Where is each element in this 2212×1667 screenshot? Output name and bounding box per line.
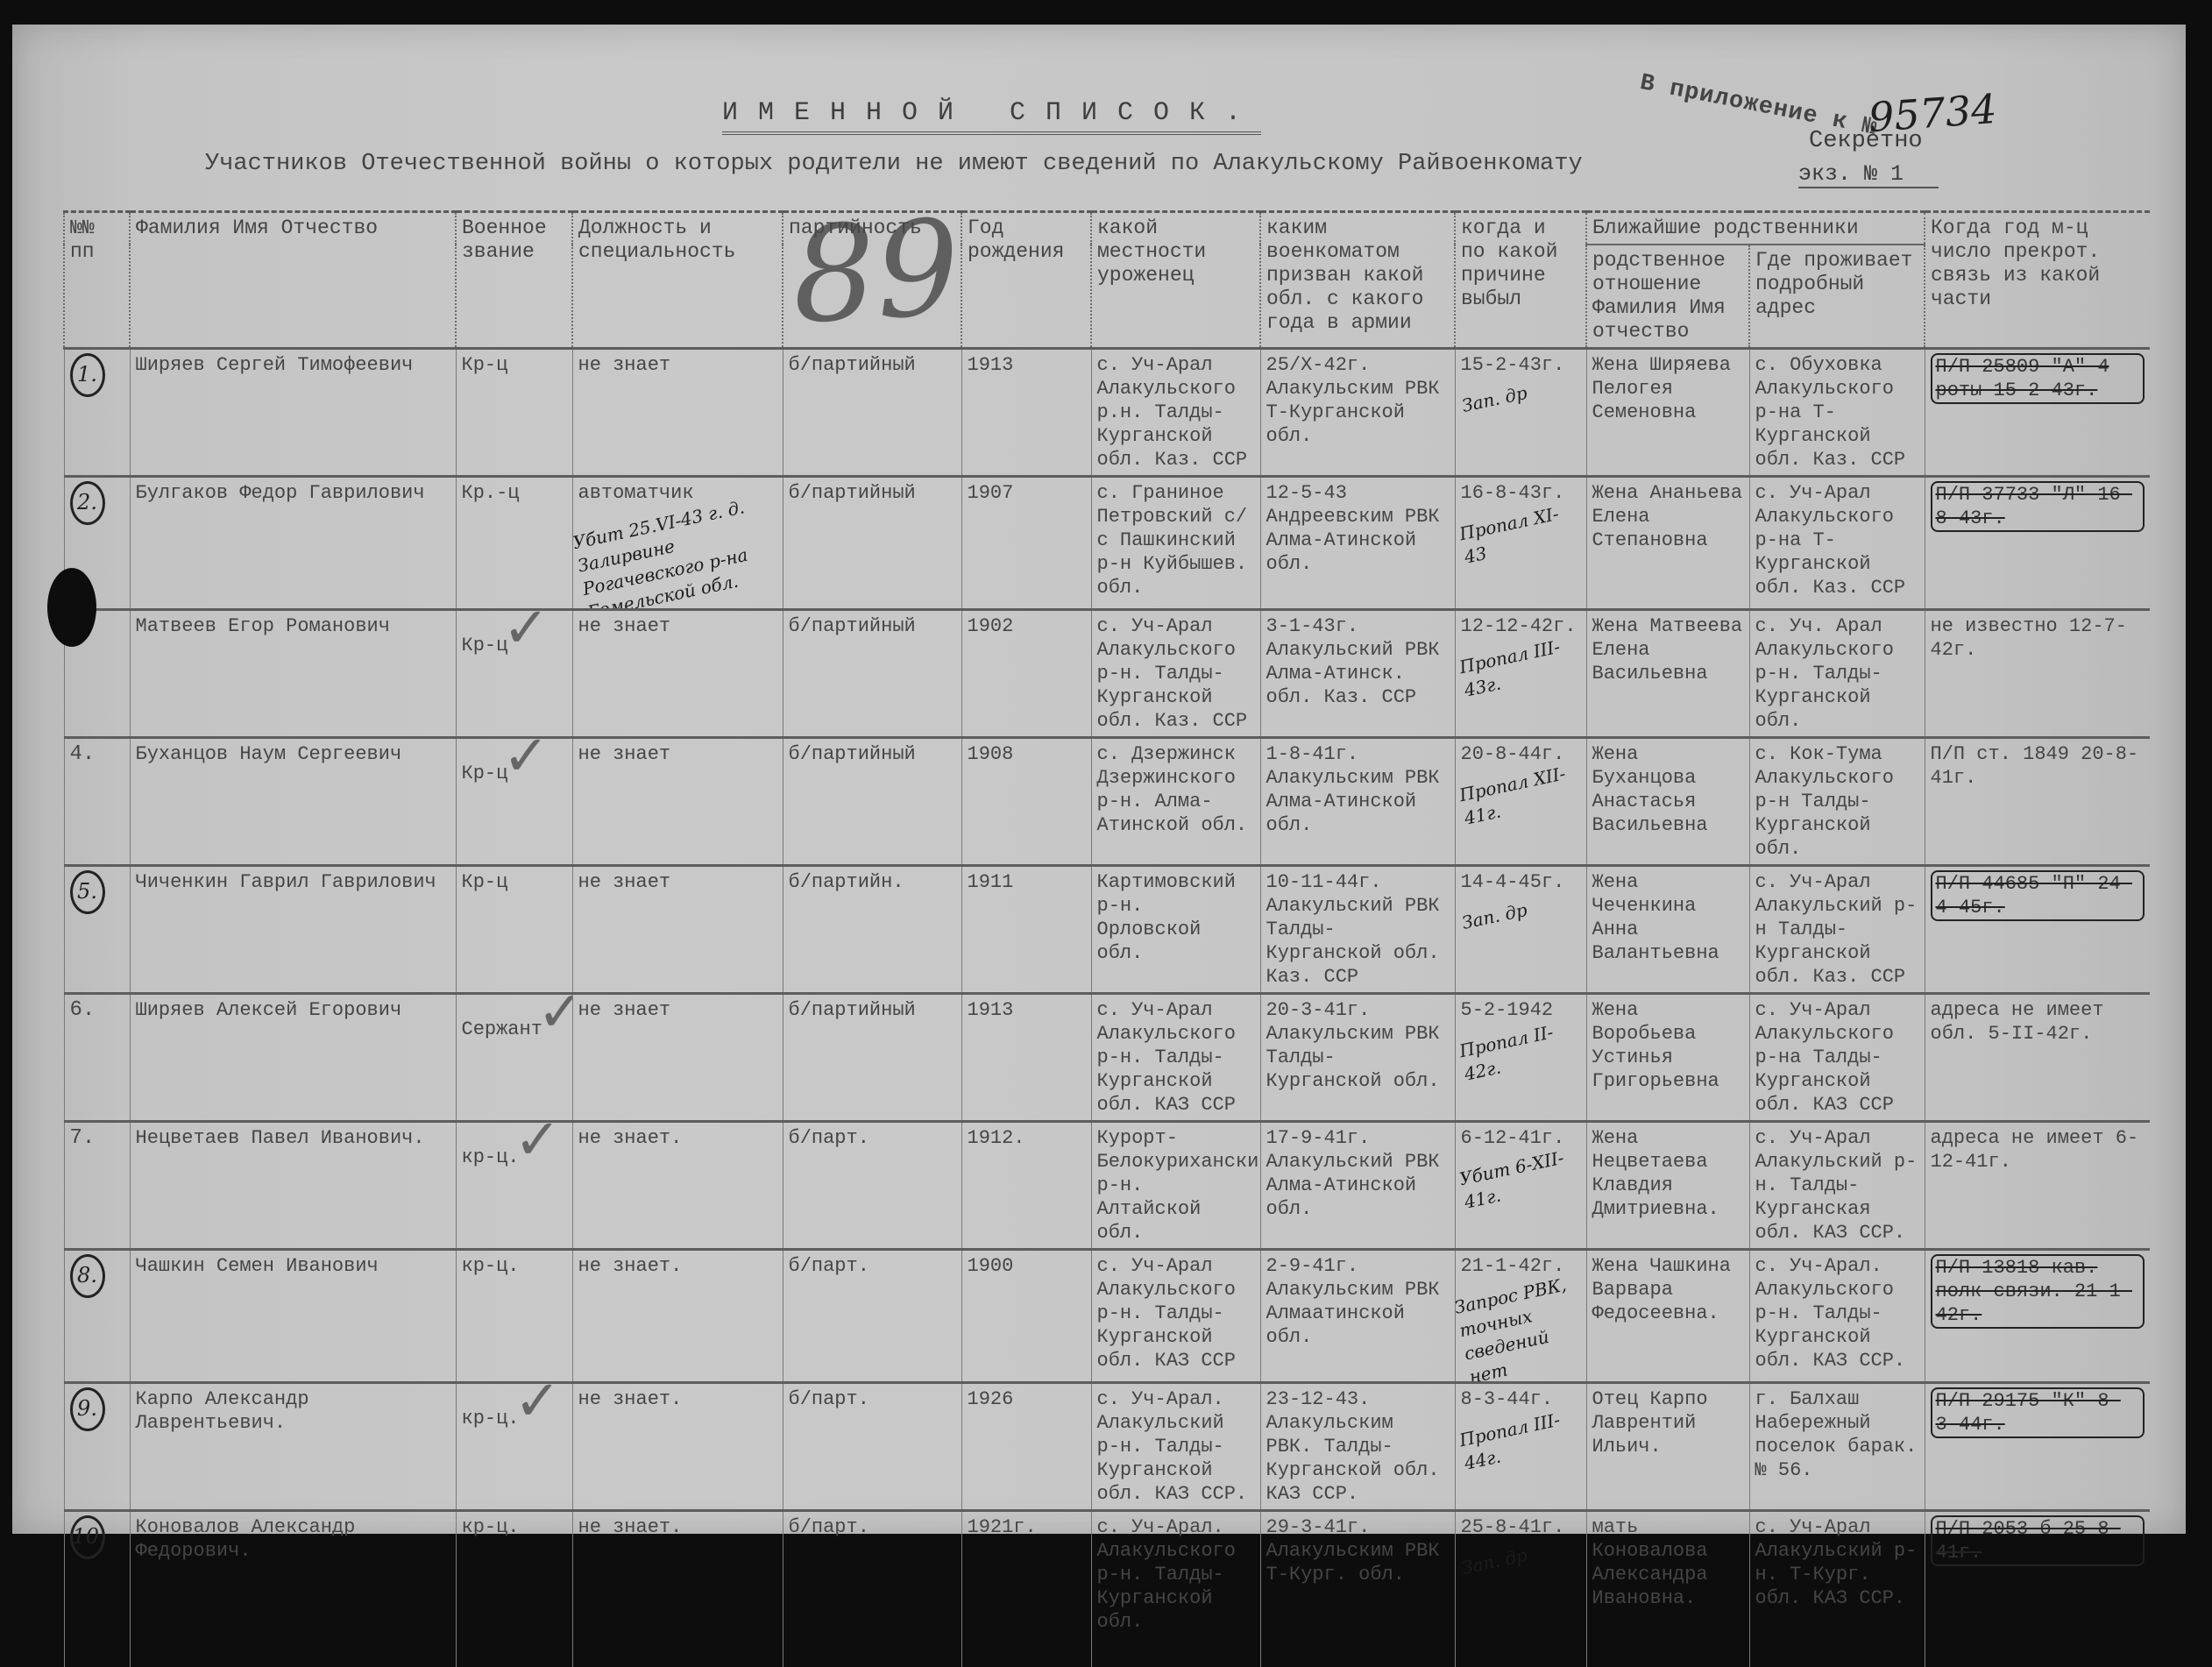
col-relative: родственное отношение Фамилия Имя отчест… (1586, 245, 1749, 349)
birthplace: с. Дзержинск Дзержинского р-н. Алма-Атин… (1091, 738, 1260, 866)
draft-info-text: 10-11-44г. Алакульский РВК Талды-Курганс… (1266, 871, 1440, 988)
military-rank-text: Кр.-ц (462, 482, 520, 504)
row-number-text: 1. (70, 353, 105, 397)
col-name: Фамилия Имя Отчество (130, 212, 456, 349)
relative-address: с. Уч-Арал Алакульский р-н. Талды-Курган… (1749, 1122, 1925, 1250)
person-name: Коновалов Александр Федорович. (130, 1511, 456, 1550)
relative-address: с. Уч-Арал Алакульский р-н. Т-Кург. обл.… (1749, 1511, 1925, 1550)
party-status-text: б/партийный (789, 999, 916, 1021)
lost-contact: П/П 25809 "А" 4 роты 15-2-43г. (1925, 349, 2150, 477)
person-name-text: Нецветаев Павел Иванович. (136, 1127, 425, 1149)
birth-year-text: 1912. (968, 1127, 1025, 1149)
lost-contact-text: П/П ст. 1849 20-8-41г. (1931, 743, 2139, 789)
military-rank-text: кр-ц. (462, 1146, 520, 1168)
party-status: б/партийн. (783, 866, 961, 994)
military-rank-text: Сержант (462, 1018, 542, 1040)
birth-year: 1907 (961, 477, 1091, 610)
party-status-text: б/партийн. (789, 871, 904, 893)
party-status-text: б/парт. (789, 1255, 869, 1277)
copy-number: экз. № 1 (1798, 161, 1939, 188)
person-name-text: Ширяев Алексей Егорович (136, 999, 402, 1021)
left-date: 14-4-45г.Зап. др (1455, 866, 1586, 994)
draft-info: 10-11-44г. Алакульский РВК Талды-Курганс… (1260, 866, 1455, 994)
person-name-text: Матвеев Егор Романович (136, 615, 390, 637)
birth-year: 1908 (961, 738, 1091, 866)
military-rank-text: Кр-ц (462, 635, 508, 656)
lost-contact-text: П/П 44685 "П" 24-4-45г. (1931, 870, 2145, 921)
table-row: 9.Карпо Александр Лаврентьевич.кр-ц.✓не … (64, 1383, 2150, 1511)
relative-address: с. Уч-Арал. Алакульского р-н. Талды-Кург… (1749, 1250, 1925, 1383)
person-name-text: Коновалов Александр Федорович. (136, 1516, 356, 1550)
party-status: б/парт. (783, 1122, 961, 1250)
relative-text: Жена Матвеева Елена Васильевна (1592, 615, 1743, 685)
handwritten-note: Пропал XI-43 (1457, 498, 1584, 569)
party-status-text: б/парт. (789, 1127, 869, 1149)
lost-contact: П/П 2053 б 25-8-41г. (1925, 1511, 2150, 1550)
position: не знает. (572, 1383, 783, 1511)
relative-address-text: с. Уч-Арал. Алакульского р-н. Талды-Кург… (1755, 1255, 1906, 1372)
row-number-text: 10. (70, 1515, 105, 1550)
birth-year-text: 1908 (968, 743, 1014, 765)
military-rank-text: кр-ц. (462, 1516, 520, 1538)
left-date: 25-8-41г.Зап. др (1455, 1511, 1586, 1550)
birth-year: 1913 (961, 349, 1091, 477)
relative: Жена Ананьева Елена Степановна (1586, 477, 1749, 610)
relative-address: с. Уч-Арал Алакульский р-н Талды-Курганс… (1749, 866, 1925, 994)
table-row: 2.Булгаков Федор ГавриловичКр.-цавтоматч… (64, 477, 2150, 610)
birthplace-text: Курорт-Белокуриханский р-н. Алтайской об… (1097, 1127, 1261, 1244)
position: не знает (572, 349, 783, 477)
left-date-text: 25-8-41г. (1461, 1516, 1565, 1538)
draft-info-text: 20-3-41г. Алакульским РВК Талды-Курганск… (1266, 999, 1440, 1092)
relative: Жена Чеченкина Анна Валантьевна (1586, 866, 1749, 994)
lost-contact: П/П 13818 кав. полк связи. 21-1-42г. (1925, 1250, 2150, 1383)
relative-text: Жена Нецветаева Клавдия Дмитриевна. (1592, 1127, 1719, 1220)
draft-info-text: 1-8-41г. Алакульским РВК Алма-Атинской о… (1266, 743, 1440, 836)
position-text: автоматчик (578, 482, 694, 504)
lost-contact: не известно 12-7-42г. (1925, 610, 2150, 738)
table-row: 6.Ширяев Алексей ЕгоровичСержант✓не знае… (64, 994, 2150, 1122)
relative: Жена Чашкина Варвара Федосеевна. (1586, 1250, 1749, 1383)
person-name: Буханцов Наум Сергеевич (130, 738, 456, 866)
military-rank: Кр-ц (456, 866, 572, 994)
person-name-text: Ширяев Сергей Тимофеевич (136, 354, 414, 376)
military-rank-text: Кр-ц (462, 354, 508, 376)
relative-address-text: с. Уч-Арал Алакульский р-н Талды-Курганс… (1755, 871, 1918, 988)
relative: Жена Нецветаева Клавдия Дмитриевна. (1586, 1122, 1749, 1250)
birth-year: 1900 (961, 1250, 1091, 1383)
birthplace-text: с. Дзержинск Дзержинского р-н. Алма-Атин… (1097, 743, 1248, 836)
col-rank: Военное звание (456, 212, 572, 349)
military-rank-text: Кр-ц (462, 763, 508, 784)
position-text: не знает (578, 871, 671, 893)
left-date: 20-8-44г.Пропал XII-41г. (1455, 738, 1586, 866)
person-name-text: Чашкин Семен Иванович (136, 1255, 379, 1277)
party-status: б/партийный (783, 738, 961, 866)
party-status-text: б/партийный (789, 482, 916, 504)
relative-address: с. Уч. Арал Алакульского р-н. Талды-Кург… (1749, 610, 1925, 738)
birth-year-text: 1913 (968, 354, 1014, 376)
handwritten-note: Убит 25.VI-43 г. д. Залирвине Рогачевско… (572, 491, 783, 610)
relative-address-text: с. Уч-Арал Алакульский р-н. Талды-Курган… (1755, 1127, 1918, 1244)
birthplace-text: с. Уч-Арал Алакульского р-н. Талды-Курга… (1097, 1255, 1236, 1372)
draft-info: 23-12-43. Алакульским РВК. Талды-Курганс… (1260, 1383, 1455, 1511)
left-date: 12-12-42г.Пропал III-43г. (1455, 610, 1586, 738)
table-row: 7.Нецветаев Павел Иванович.кр-ц.✓не знае… (64, 1122, 2150, 1250)
row-number: 5. (64, 866, 130, 994)
party-status: б/партийный (783, 994, 961, 1122)
paper-tear (47, 568, 96, 647)
left-date-text: 15-2-43г. (1461, 354, 1565, 376)
position: не знает. (572, 1122, 783, 1250)
handwritten-note: Пропал III-44г. (1457, 1404, 1584, 1475)
birth-year: 1913 (961, 994, 1091, 1122)
birthplace-text: с. Граниное Петровский с/с Пашкинский р-… (1097, 482, 1248, 599)
military-rank-text: Кр-ц (462, 871, 508, 893)
relative: Жена Буханцова Анастасья Васильевна (1586, 738, 1749, 866)
position: не знает (572, 866, 783, 994)
checkmark-icon: ✓ (502, 738, 549, 790)
checkmark-icon: ✓ (537, 994, 572, 1046)
person-name: Ширяев Алексей Егорович (130, 994, 456, 1122)
checkmark-icon: ✓ (502, 610, 549, 662)
relative-address: с. Уч-Арал Алакульского р-на Талды-Курга… (1749, 994, 1925, 1122)
lost-contact-text: П/П 13818 кав. полк связи. 21-1-42г. (1931, 1254, 2145, 1329)
position: автоматчикУбит 25.VI-43 г. д. Залирвине … (572, 477, 783, 610)
relative-address: с. Обуховка Алакульского р-на Т-Курганск… (1749, 349, 1925, 477)
lost-contact: П/П ст. 1849 20-8-41г. (1925, 738, 2150, 866)
col-birthplace: какой местности уроженец (1091, 212, 1260, 349)
military-rank-text: кр-ц. (462, 1408, 520, 1429)
birthplace: с. Уч-Арал Алакульского р.н. Талды-Курга… (1091, 349, 1260, 477)
draft-info: 25/X-42г. Алакульским РВК Т-Курганской о… (1260, 349, 1455, 477)
left-date-text: 16-8-43г. (1461, 482, 1565, 504)
row-number: 9. (64, 1383, 130, 1511)
position-text: не знает (578, 615, 671, 637)
handwritten-note: Запрос РВК, точных сведений нет (1455, 1272, 1586, 1383)
person-name: Булгаков Федор Гаврилович (130, 477, 456, 610)
relative: Отец Карпо Лаврентий Ильич. (1586, 1383, 1749, 1511)
relative: Жена Ширяева Пелогея Семеновна (1586, 349, 1749, 477)
birthplace: с. Уч-Арал Алакульского р-н. Талды-Курга… (1091, 1250, 1260, 1383)
birthplace-text: с. Уч-Арал Алакульского р.н. Талды-Курга… (1097, 354, 1248, 471)
position: не знает (572, 994, 783, 1122)
table-row: 1.Ширяев Сергей ТимофеевичКр-цне знаетб/… (64, 349, 2150, 477)
draft-info: 29-3-41г. Алакульским РВК Т-Кург. обл. (1260, 1511, 1455, 1550)
row-number-text: 7. (70, 1126, 96, 1150)
handwritten-number: 95734 (1867, 85, 1998, 141)
relative-address-text: с. Уч-Арал Алакульский р-н. Т-Кург. обл.… (1755, 1516, 1918, 1550)
relative-address-text: с. Обуховка Алакульского р-на Т-Курганск… (1755, 354, 1906, 471)
position-text: не знает. (578, 1127, 683, 1149)
draft-info-text: 29-3-41г. Алакульским РВК Т-Кург. обл. (1266, 1516, 1440, 1550)
party-status-text: б/партийный (789, 354, 916, 376)
party-status-text: б/партийный (789, 615, 916, 637)
relative-address-text: с. Уч-Арал Алакульского р-на Талды-Курга… (1755, 999, 1894, 1116)
party-status: б/парт. (783, 1383, 961, 1511)
document-sheet: ИМЕННОЙ СПИСОК. Участников Отечественной… (12, 25, 2186, 1534)
birth-year-text: 1911 (968, 871, 1014, 893)
position-text: не знает (578, 999, 671, 1021)
relative-text: Отец Карпо Лаврентий Ильич. (1592, 1388, 1708, 1458)
person-name-text: Чиченкин Гаврил Гаврилович (136, 871, 436, 893)
relative-text: Жена Воробьева Устинья Григорьевна (1592, 999, 1719, 1092)
birth-year-text: 1926 (968, 1388, 1014, 1410)
relative-address: с. Уч-Арал Алакульского р-на Т-Курганско… (1749, 477, 1925, 610)
position-text: не знает (578, 743, 671, 765)
row-number-text: 6. (70, 998, 96, 1022)
draft-info-text: 3-1-43г. Алакульский РВК Алма-Атинск. об… (1266, 615, 1440, 708)
draft-info: 12-5-43 Андреевским РВК Алма-Атинской об… (1260, 477, 1455, 610)
birthplace: Курорт-Белокуриханский р-н. Алтайской об… (1091, 1122, 1260, 1250)
birthplace: с. Уч-Арал. Алакульского р-н. Талды-Кург… (1091, 1511, 1260, 1550)
party-status: б/партийный (783, 610, 961, 738)
birth-year: 1912. (961, 1122, 1091, 1250)
birth-year: 1921г. (961, 1511, 1091, 1550)
person-name: Нецветаев Павел Иванович. (130, 1122, 456, 1250)
person-name-text: Буханцов Наум Сергеевич (136, 743, 402, 765)
left-date-text: 21-1-42г. (1461, 1255, 1565, 1277)
table-row: 4.Буханцов Наум СергеевичКр-ц✓не знаетб/… (64, 738, 2150, 866)
birthplace-text: с. Уч-Арал. Алакульского р-н. Талды-Кург… (1097, 1516, 1236, 1550)
position-text: не знает (578, 354, 671, 376)
military-rank: кр-ц. (456, 1511, 572, 1550)
row-number-text: 5. (70, 870, 105, 914)
birth-year: 1911 (961, 866, 1091, 994)
col-party: партийность (783, 212, 961, 349)
military-rank: Сержант✓ (456, 994, 572, 1122)
checkmark-icon: ✓ (514, 1383, 562, 1435)
table-row: 8.Чашкин Семен Ивановичкр-ц.не знает.б/п… (64, 1250, 2150, 1383)
relative-text: Жена Буханцова Анастасья Васильевна (1592, 743, 1708, 836)
position-text: не знает. (578, 1516, 683, 1538)
birth-year: 1926 (961, 1383, 1091, 1511)
position: не знает (572, 738, 783, 866)
left-date: 16-8-43г.Пропал XI-43 (1455, 477, 1586, 610)
lost-contact: адреса не имеет обл. 5-II-42г. (1925, 994, 2150, 1122)
handwritten-note: Зап. др (1459, 887, 1582, 935)
birthplace-text: с. Уч-Арал Алакульского р-н. Талды-Курга… (1097, 615, 1248, 732)
row-number-text: 4. (70, 742, 96, 766)
row-number: 8. (64, 1250, 130, 1383)
col-position: Должность и специальность (572, 212, 783, 349)
lost-contact-text: адреса не имеет обл. 5-II-42г. (1931, 999, 2104, 1045)
draft-info: 2-9-41г. Алакульским РВК Алмаатинской об… (1260, 1250, 1455, 1383)
col-left: когда и по какой причине выбыл (1455, 212, 1586, 349)
party-status-text: б/парт. (789, 1516, 869, 1538)
party-status-text: б/парт. (789, 1388, 869, 1410)
col-address: Где проживает подробный адрес (1749, 245, 1925, 349)
row-number-text: 9. (70, 1387, 105, 1431)
relative-address-text: с. Уч-Арал Алакульского р-на Т-Курганско… (1755, 482, 1906, 599)
birthplace-text: Картимовский р-н. Орловской обл. (1097, 871, 1236, 964)
person-name: Чашкин Семен Иванович (130, 1250, 456, 1383)
military-rank: кр-ц.✓ (456, 1383, 572, 1511)
birth-year: 1902 (961, 610, 1091, 738)
left-date-text: 5-2-1942 (1461, 999, 1554, 1021)
left-date-text: 14-4-45г. (1461, 871, 1565, 893)
row-number-text: 2. (70, 481, 105, 525)
draft-info: 20-3-41г. Алакульским РВК Талды-Курганск… (1260, 994, 1455, 1122)
position: не знает. (572, 1250, 783, 1383)
col-lost-contact: Когда год м-ц число прекрот. связь из ка… (1925, 212, 2150, 349)
position: не знает. (572, 1511, 783, 1550)
birth-year-text: 1921г. (968, 1516, 1037, 1538)
lost-contact: П/П 29175 "К" 8-3-44г. (1925, 1383, 2150, 1511)
birthplace: с. Граниное Петровский с/с Пашкинский р-… (1091, 477, 1260, 610)
party-status: б/партийный (783, 349, 961, 477)
lost-contact-text: адреса не имеет 6-12-41г. (1931, 1127, 2139, 1173)
military-rank-text: кр-ц. (462, 1255, 520, 1277)
row-number: 10. (64, 1511, 130, 1550)
draft-info-text: 17-9-41г. Алакульский РВК Алма-Атинской … (1266, 1127, 1440, 1220)
relative-address-text: с. Уч. Арал Алакульского р-н. Талды-Кург… (1755, 615, 1894, 732)
birth-year-text: 1900 (968, 1255, 1014, 1277)
birth-year-text: 1907 (968, 482, 1014, 504)
row-number: 1. (64, 349, 130, 477)
relative-text: Жена Ананьева Елена Степановна (1592, 482, 1743, 551)
handwritten-note: Пропал III-43г. (1457, 631, 1584, 702)
relative-address: г. Балхаш Набережный поселок барак. № 56… (1749, 1383, 1925, 1511)
draft-info: 1-8-41г. Алакульским РВК Алма-Атинской о… (1260, 738, 1455, 866)
relative-text: Жена Ширяева Пелогея Семеновна (1592, 354, 1731, 423)
lost-contact-text: П/П 2053 б 25-8-41г. (1931, 1515, 2145, 1550)
relative-text: Жена Чашкина Варвара Федосеевна. (1592, 1255, 1731, 1324)
row-number: 4. (64, 738, 130, 866)
relative: мать Коновалова Александра Ивановна. (1586, 1511, 1749, 1550)
draft-info-text: 2-9-41г. Алакульским РВК Алмаатинской об… (1266, 1255, 1440, 1348)
relative: Жена Матвеева Елена Васильевна (1586, 610, 1749, 738)
birthplace-text: с. Уч-Арал Алакульского р-н. Талды-Курга… (1097, 999, 1236, 1116)
lost-contact-text: П/П 25809 "А" 4 роты 15-2-43г. (1931, 353, 2145, 404)
military-rank: кр-ц.✓ (456, 1122, 572, 1250)
handwritten-note: Пропал II-42г. (1457, 1015, 1584, 1086)
draft-info-text: 12-5-43 Андреевским РВК Алма-Атинской об… (1266, 482, 1440, 575)
row-number: 7. (64, 1122, 130, 1250)
left-date: 6-12-41г.Убит 6-XII-41г. (1455, 1122, 1586, 1250)
person-name: Матвеев Егор Романович (130, 610, 456, 738)
lost-contact-text: П/П 37733 "Л" 16-8-43г. (1931, 481, 2145, 532)
table-body: 1.Ширяев Сергей ТимофеевичКр-цне знаетб/… (64, 349, 2150, 1550)
col-no: №№ пп (64, 212, 130, 349)
table-row: 3.Матвеев Егор РомановичКр-ц✓не знаетб/п… (64, 610, 2150, 738)
draft-info: 3-1-43г. Алакульский РВК Алма-Атинск. об… (1260, 610, 1455, 738)
relative-address: с. Кок-Тума Алакульского р-н Талды-Курга… (1749, 738, 1925, 866)
left-date-text: 8-3-44г. (1461, 1388, 1554, 1410)
relative: Жена Воробьева Устинья Григорьевна (1586, 994, 1749, 1122)
military-rank: Кр-ц✓ (456, 610, 572, 738)
left-date: 21-1-42г.Запрос РВК, точных сведений нет (1455, 1250, 1586, 1383)
party-status: б/парт. (783, 1250, 961, 1383)
handwritten-note: Убит 6-XII-41г. (1457, 1143, 1584, 1214)
lost-contact: П/П 44685 "П" 24-4-45г. (1925, 866, 2150, 994)
draft-info-text: 25/X-42г. Алакульским РВК Т-Курганской о… (1266, 354, 1440, 447)
col-drafted: каким военкоматом призван какой обл. с к… (1260, 212, 1455, 349)
birthplace: с. Уч-Арал Алакульского р-н. Талды-Курга… (1091, 610, 1260, 738)
birth-year-text: 1913 (968, 999, 1014, 1021)
relative-text: Жена Чеченкина Анна Валантьевна (1592, 871, 1719, 964)
handwritten-note: Пропал XII-41г. (1457, 759, 1584, 830)
birth-year-text: 1902 (968, 615, 1014, 637)
col-relatives-group: Ближайшие родственники (1586, 212, 1925, 245)
left-date-text: 6-12-41г. (1461, 1127, 1565, 1149)
col-birth-year: Год рождения (961, 212, 1091, 349)
military-rank: Кр.-ц (456, 477, 572, 610)
lost-contact: адреса не имеет 6-12-41г. (1925, 1122, 2150, 1250)
lost-contact: П/П 37733 "Л" 16-8-43г. (1925, 477, 2150, 610)
military-rank: Кр-ц✓ (456, 738, 572, 866)
table-row: 5.Чиченкин Гаврил ГавриловичКр-цне знает… (64, 866, 2150, 994)
relative-address-text: г. Балхаш Набережный поселок барак. № 56… (1755, 1388, 1918, 1481)
person-name: Ширяев Сергей Тимофеевич (130, 349, 456, 477)
person-name-text: Булгаков Федор Гаврилович (136, 482, 425, 504)
party-status: б/партийный (783, 477, 961, 610)
person-name: Карпо Александр Лаврентьевич. (130, 1383, 456, 1511)
row-number: 6. (64, 994, 130, 1122)
birthplace-text: с. Уч-Арал. Алакульский р-н. Талды-Курга… (1097, 1388, 1248, 1505)
relative-text: мать Коновалова Александра Ивановна. (1592, 1516, 1708, 1550)
left-date: 5-2-1942Пропал II-42г. (1455, 994, 1586, 1122)
person-name: Чиченкин Гаврил Гаврилович (130, 866, 456, 994)
left-date: 8-3-44г.Пропал III-44г. (1455, 1383, 1586, 1511)
left-date: 15-2-43г.Зап. др (1455, 349, 1586, 477)
position-text: не знает. (578, 1388, 683, 1410)
birthplace: с. Уч-Арал Алакульского р-н. Талды-Курга… (1091, 994, 1260, 1122)
table-row: 10.Коновалов Александр Федорович.кр-ц.не… (64, 1511, 2150, 1550)
lost-contact-text: П/П 29175 "К" 8-3-44г. (1931, 1387, 2145, 1438)
party-status-text: б/партийный (789, 743, 916, 765)
row-number-text: 8. (70, 1254, 105, 1298)
birthplace: с. Уч-Арал. Алакульский р-н. Талды-Курга… (1091, 1383, 1260, 1511)
header-row: №№ пп Фамилия Имя Отчество Военное звани… (64, 212, 2150, 245)
relative-address-text: с. Кок-Тума Алакульского р-н Талды-Курга… (1755, 743, 1894, 860)
person-name-text: Карпо Александр Лаврентьевич. (136, 1388, 309, 1434)
document-subtitle: Участников Отечественной войны о которых… (205, 151, 1583, 177)
birthplace: Картимовский р-н. Орловской обл. (1091, 866, 1260, 994)
party-status: б/парт. (783, 1511, 961, 1550)
draft-info: 17-9-41г. Алакульский РВК Алма-Атинской … (1260, 1122, 1455, 1250)
position: не знает (572, 610, 783, 738)
handwritten-note: Зап. др (1459, 370, 1582, 418)
personnel-table: №№ пп Фамилия Имя Отчество Военное звани… (63, 210, 2150, 1550)
left-date-text: 20-8-44г. (1461, 743, 1565, 765)
lost-contact-text: не известно 12-7-42г. (1931, 615, 2127, 661)
draft-info-text: 23-12-43. Алакульским РВК. Талды-Курганс… (1266, 1388, 1440, 1505)
document-title: ИМЕННОЙ СПИСОК. (722, 98, 1261, 135)
checkmark-icon: ✓ (514, 1122, 562, 1174)
military-rank: кр-ц. (456, 1250, 572, 1383)
position-text: не знает. (578, 1255, 683, 1277)
military-rank: Кр-ц (456, 349, 572, 477)
